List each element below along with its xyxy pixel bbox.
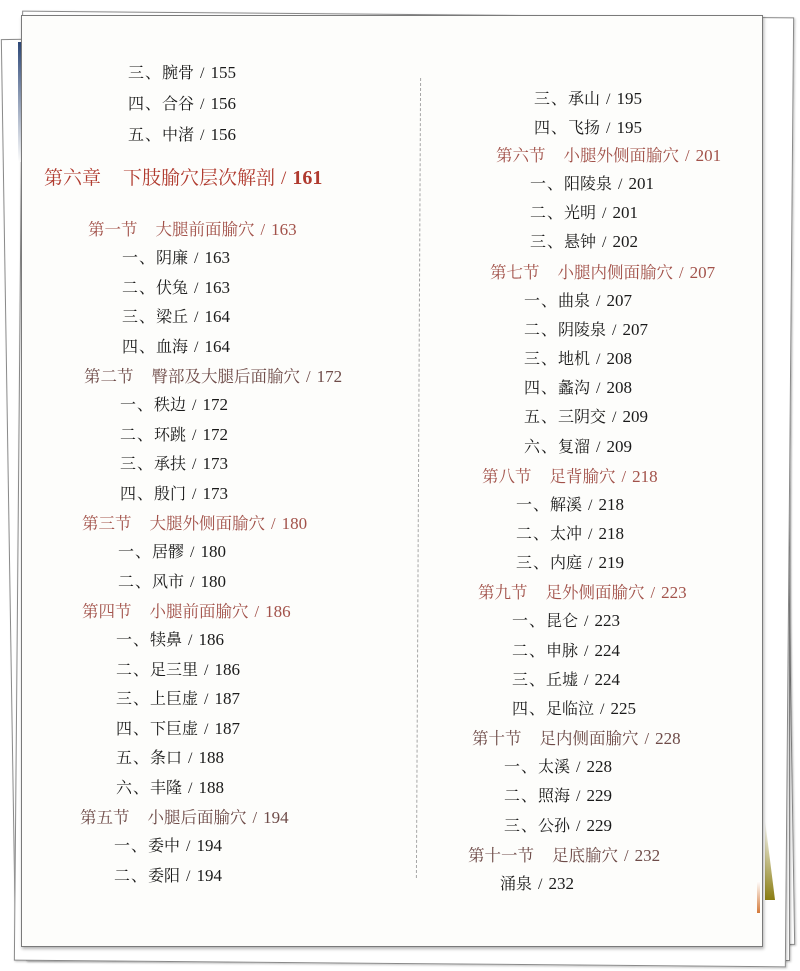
- section-heading-label: 第三节: [82, 514, 132, 533]
- entry-page-number: 186: [198, 630, 224, 649]
- entry-page-number: 202: [612, 232, 638, 251]
- toc-entry[interactable]: 二、风市/180: [118, 569, 226, 592]
- toc-entry[interactable]: 一、解溪/218: [516, 492, 624, 515]
- toc-entry[interactable]: 六、复溜/209: [524, 434, 632, 457]
- toc-entry[interactable]: 三、内庭/219: [516, 550, 624, 573]
- column-divider: [416, 78, 421, 878]
- entry-page-number: 201: [628, 174, 654, 193]
- section-heading-label: 第九节: [478, 583, 528, 602]
- entry-page-number: 180: [200, 542, 226, 561]
- entry-ordinal: 四、: [534, 118, 568, 137]
- entry-name: 委阳: [148, 866, 180, 885]
- entry-page-number: 194: [196, 836, 222, 855]
- entry-name: 飞扬: [568, 118, 600, 137]
- entry-separator: /: [624, 846, 629, 865]
- entry-separator: /: [192, 456, 196, 473]
- entry-separator: /: [584, 613, 588, 630]
- entry-page-number: 209: [622, 407, 648, 426]
- toc-entry[interactable]: 三、上巨虚/187: [116, 686, 240, 709]
- section-heading-page-number: 223: [661, 583, 687, 602]
- section-heading[interactable]: 第九节足外侧面腧穴/223: [478, 579, 687, 603]
- entry-separator: /: [192, 397, 196, 414]
- entry-name: 足三里: [150, 660, 198, 679]
- toc-entry[interactable]: 三、承扶/173: [120, 451, 228, 474]
- section-heading-label: 第五节: [80, 808, 130, 827]
- entry-ordinal: 四、: [524, 378, 558, 397]
- section-heading[interactable]: 第五节小腿后面腧穴/194: [80, 804, 289, 828]
- entry-ordinal: 四、: [122, 337, 156, 356]
- toc-entry[interactable]: 二、照海/229: [504, 783, 612, 806]
- entry-ordinal: 三、: [116, 689, 150, 708]
- section-heading[interactable]: 第七节小腿内侧面腧穴/207: [490, 259, 715, 283]
- entry-name: 秩边: [154, 395, 186, 414]
- entry-separator: /: [204, 662, 208, 679]
- entry-ordinal: 五、: [128, 125, 162, 144]
- toc-entry[interactable]: 一、犊鼻/186: [116, 627, 224, 650]
- toc-entry[interactable]: 一、太溪/228: [504, 754, 612, 777]
- orange-page-edge: [757, 881, 760, 913]
- entry-separator: /: [538, 876, 542, 893]
- entry-page-number: 229: [586, 816, 612, 835]
- chapter-heading-label: 第六章: [44, 167, 101, 189]
- chapter-heading[interactable]: 第六章下肢腧穴层次解剖/161: [44, 163, 322, 190]
- section-heading[interactable]: 第三节大腿外侧面腧穴/180: [82, 510, 307, 534]
- entry-ordinal: 二、: [524, 320, 558, 339]
- entry-separator: /: [584, 672, 588, 689]
- toc-entry[interactable]: 二、申脉/224: [512, 638, 620, 661]
- toc-entry[interactable]: 一、委中/194: [114, 833, 222, 856]
- section-heading-page-number: 163: [271, 220, 297, 239]
- entry-separator: /: [588, 497, 592, 514]
- entry-separator: /: [200, 127, 204, 144]
- entry-separator: /: [188, 780, 192, 797]
- entry-separator: /: [606, 120, 610, 137]
- toc-entry[interactable]: 一、曲泉/207: [524, 288, 632, 311]
- toc-entry[interactable]: 五、中渚/156: [128, 122, 236, 145]
- toc-page: 三、腕骨/155 四、合谷/156 五、中渚/156 第六章下肢腧穴层次解剖/1…: [21, 15, 763, 947]
- toc-entry[interactable]: 三、地机/208: [524, 346, 632, 369]
- entry-name: 涌泉: [500, 874, 532, 893]
- entry-page-number: 224: [594, 670, 620, 689]
- section-heading-title: 小腿外侧面腧穴: [564, 146, 680, 165]
- section-heading-title: 小腿内侧面腧穴: [558, 263, 674, 282]
- entry-separator: /: [204, 721, 208, 738]
- entry-name: 犊鼻: [150, 630, 182, 649]
- entry-ordinal: 四、: [512, 699, 546, 718]
- section-heading[interactable]: 第八节足背腧穴/218: [482, 463, 658, 487]
- entry-separator: /: [602, 234, 606, 251]
- entry-name: 合谷: [162, 94, 194, 113]
- entry-name: 伏兔: [156, 278, 188, 297]
- toc-entry[interactable]: 一、阴廉/163: [122, 245, 230, 268]
- toc-entry[interactable]: 一、秩边/172: [120, 392, 228, 415]
- entry-name: 上巨虚: [150, 689, 198, 708]
- entry-page-number: 195: [616, 89, 642, 108]
- section-heading-page-number: 201: [696, 146, 722, 165]
- entry-separator: /: [194, 309, 198, 326]
- entry-page-number: 194: [196, 866, 222, 885]
- toc-entry[interactable]: 一、昆仑/223: [512, 608, 620, 631]
- entry-separator: /: [200, 65, 204, 82]
- entry-name: 三阴交: [558, 407, 606, 426]
- entry-page-number: 201: [612, 203, 638, 222]
- section-heading-label: 第一节: [88, 220, 138, 239]
- entry-page-number: 209: [606, 437, 632, 456]
- toc-entry[interactable]: 三、公孙/229: [504, 813, 612, 836]
- entry-separator: /: [596, 293, 600, 310]
- entry-separator: /: [606, 91, 610, 108]
- entry-name: 承扶: [154, 454, 186, 473]
- section-heading[interactable]: 第十一节足底腧穴/232: [468, 842, 660, 866]
- entry-ordinal: 三、: [128, 63, 162, 82]
- entry-ordinal: 三、: [534, 89, 568, 108]
- section-heading-title: 足外侧面腧穴: [546, 583, 645, 602]
- entry-ordinal: 一、: [114, 836, 148, 855]
- section-heading-page-number: 172: [317, 367, 343, 386]
- entry-page-number: 173: [202, 484, 228, 503]
- toc-entry[interactable]: 三、梁丘/164: [122, 304, 230, 327]
- section-heading-title: 大腿外侧面腧穴: [150, 514, 266, 533]
- entry-separator: /: [576, 818, 580, 835]
- entry-name: 风市: [152, 572, 184, 591]
- entry-ordinal: 三、: [530, 232, 564, 251]
- entry-page-number: 229: [586, 786, 612, 805]
- section-heading-page-number: 218: [632, 467, 658, 486]
- entry-separator: /: [612, 322, 616, 339]
- section-heading-label: 第七节: [490, 263, 540, 282]
- entry-ordinal: 二、: [504, 786, 538, 805]
- entry-ordinal: 六、: [524, 437, 558, 456]
- section-heading-page-number: 232: [635, 846, 661, 865]
- toc-entry[interactable]: 四、飞扬/195: [534, 115, 642, 138]
- section-heading-page-number: 180: [282, 514, 308, 533]
- toc-entry[interactable]: 四、蠡沟/208: [524, 375, 632, 398]
- section-heading[interactable]: 第一节大腿前面腧穴/163: [88, 216, 297, 240]
- entry-ordinal: 三、: [122, 307, 156, 326]
- toc-entry[interactable]: 四、下巨虚/187: [116, 716, 240, 739]
- entry-page-number: 172: [202, 395, 228, 414]
- entry-separator: /: [192, 486, 196, 503]
- section-heading-label: 第十一节: [468, 846, 534, 865]
- entry-ordinal: 二、: [122, 278, 156, 297]
- entry-name: 殷门: [154, 484, 186, 503]
- section-heading-title: 小腿后面腧穴: [148, 808, 247, 827]
- entry-name: 曲泉: [558, 291, 590, 310]
- entry-separator: /: [576, 788, 580, 805]
- section-heading-label: 第四节: [82, 602, 132, 621]
- entry-ordinal: 二、: [120, 425, 154, 444]
- entry-separator: /: [190, 544, 194, 561]
- entry-name: 足临泣: [546, 699, 594, 718]
- entry-separator: /: [596, 380, 600, 397]
- toc-entry[interactable]: 三、悬钟/202: [530, 229, 638, 252]
- entry-ordinal: 一、: [118, 542, 152, 561]
- entry-ordinal: 一、: [530, 174, 564, 193]
- entry-name: 申脉: [546, 641, 578, 660]
- entry-name: 腕骨: [162, 63, 194, 82]
- entry-separator: /: [588, 526, 592, 543]
- entry-separator: /: [281, 168, 286, 189]
- entry-ordinal: 二、: [516, 524, 550, 543]
- entry-separator: /: [200, 96, 204, 113]
- entry-name: 内庭: [550, 553, 582, 572]
- entry-separator: /: [651, 583, 656, 602]
- entry-name: 阴陵泉: [558, 320, 606, 339]
- section-heading[interactable]: 第二节臀部及大腿后面腧穴/172: [84, 363, 342, 387]
- entry-ordinal: 一、: [120, 395, 154, 414]
- section-heading-label: 第八节: [482, 467, 532, 486]
- section-heading-title: 大腿前面腧穴: [156, 220, 255, 239]
- entry-page-number: 163: [204, 278, 230, 297]
- entry-ordinal: 三、: [512, 670, 546, 689]
- entry-separator: /: [588, 555, 592, 572]
- entry-name: 照海: [538, 786, 570, 805]
- entry-separator: /: [576, 759, 580, 776]
- entry-page-number: 195: [616, 118, 642, 137]
- entry-separator: /: [188, 750, 192, 767]
- toc-entry[interactable]: 五、三阴交/209: [524, 404, 648, 427]
- entry-page-number: 188: [198, 748, 224, 767]
- entry-separator: /: [186, 838, 190, 855]
- entry-page-number: 228: [586, 757, 612, 776]
- section-heading-label: 第二节: [84, 367, 134, 386]
- entry-separator: /: [186, 868, 190, 885]
- entry-name: 太溪: [538, 757, 570, 776]
- entry-separator: /: [306, 367, 311, 386]
- entry-name: 丰隆: [150, 778, 182, 797]
- entry-separator: /: [194, 250, 198, 267]
- section-heading-title: 足底腧穴: [552, 846, 618, 865]
- toc-entry[interactable]: 五、条口/188: [116, 745, 224, 768]
- entry-page-number: 218: [598, 495, 624, 514]
- entry-name: 太冲: [550, 524, 582, 543]
- entry-page-number: 156: [210, 125, 236, 144]
- entry-name: 阴廉: [156, 248, 188, 267]
- entry-name: 环跳: [154, 425, 186, 444]
- entry-ordinal: 一、: [524, 291, 558, 310]
- section-heading-page-number: 207: [690, 263, 716, 282]
- entry-page-number: 232: [548, 874, 574, 893]
- section-heading-page-number: 194: [263, 808, 289, 827]
- entry-page-number: 155: [210, 63, 236, 82]
- entry-name: 复溜: [558, 437, 590, 456]
- section-heading[interactable]: 第六节小腿外侧面腧穴/201: [496, 142, 721, 166]
- entry-name: 公孙: [538, 816, 570, 835]
- entry-separator: /: [596, 439, 600, 456]
- entry-ordinal: 一、: [504, 757, 538, 776]
- entry-separator: /: [255, 602, 260, 621]
- entry-separator: /: [194, 280, 198, 297]
- entry-separator: /: [618, 176, 622, 193]
- entry-name: 解溪: [550, 495, 582, 514]
- toc-entry[interactable]: 二、足三里/186: [116, 657, 240, 680]
- entry-ordinal: 一、: [122, 248, 156, 267]
- entry-ordinal: 一、: [116, 630, 150, 649]
- toc-entry[interactable]: 四、足临泣/225: [512, 696, 636, 719]
- entry-ordinal: 四、: [128, 94, 162, 113]
- entry-ordinal: 三、: [516, 553, 550, 572]
- entry-ordinal: 六、: [116, 778, 150, 797]
- entry-name: 丘墟: [546, 670, 578, 689]
- entry-separator: /: [271, 514, 276, 533]
- entry-page-number: 207: [622, 320, 648, 339]
- entry-page-number: 172: [202, 425, 228, 444]
- entry-page-number: 186: [214, 660, 240, 679]
- entry-ordinal: 三、: [524, 349, 558, 368]
- entry-name: 中渚: [162, 125, 194, 144]
- entry-page-number: 164: [204, 307, 230, 326]
- entry-name: 承山: [568, 89, 600, 108]
- entry-ordinal: 二、: [512, 641, 546, 660]
- section-heading-title: 臀部及大腿后面腧穴: [152, 367, 301, 386]
- entry-page-number: 223: [594, 611, 620, 630]
- toc-entry[interactable]: 涌泉/232: [500, 871, 574, 894]
- toc-entry[interactable]: 三、丘墟/224: [512, 667, 620, 690]
- entry-name: 下巨虚: [150, 719, 198, 738]
- entry-page-number: 173: [202, 454, 228, 473]
- entry-page-number: 207: [606, 291, 632, 310]
- entry-ordinal: 三、: [120, 454, 154, 473]
- toc-entry[interactable]: 四、合谷/156: [128, 91, 236, 114]
- entry-separator: /: [194, 339, 198, 356]
- entry-name: 委中: [148, 836, 180, 855]
- entry-separator: /: [190, 574, 194, 591]
- entry-name: 昆仑: [546, 611, 578, 630]
- entry-separator: /: [645, 729, 650, 748]
- entry-name: 光明: [564, 203, 596, 222]
- entry-separator: /: [685, 146, 690, 165]
- toc-entry[interactable]: 二、伏兔/163: [122, 275, 230, 298]
- entry-separator: /: [602, 205, 606, 222]
- section-heading[interactable]: 第四节小腿前面腧穴/186: [82, 598, 291, 622]
- entry-separator: /: [596, 351, 600, 368]
- entry-ordinal: 二、: [118, 572, 152, 591]
- section-heading-page-number: 228: [655, 729, 681, 748]
- entry-separator: /: [253, 808, 258, 827]
- entry-ordinal: 五、: [524, 407, 558, 426]
- entry-name: 居髎: [152, 542, 184, 561]
- entry-separator: /: [600, 701, 604, 718]
- entry-ordinal: 二、: [116, 660, 150, 679]
- entry-ordinal: 三、: [504, 816, 538, 835]
- entry-ordinal: 一、: [512, 611, 546, 630]
- entry-page-number: 188: [198, 778, 224, 797]
- entry-page-number: 163: [204, 248, 230, 267]
- entry-name: 阳陵泉: [564, 174, 612, 193]
- chapter-heading-page-number: 161: [292, 167, 322, 189]
- toc-entry[interactable]: 二、光明/201: [530, 200, 638, 223]
- toc-entry[interactable]: 一、阳陵泉/201: [530, 171, 654, 194]
- entry-separator: /: [192, 427, 196, 444]
- entry-ordinal: 二、: [530, 203, 564, 222]
- entry-ordinal: 四、: [116, 719, 150, 738]
- entry-page-number: 187: [214, 689, 240, 708]
- entry-name: 条口: [150, 748, 182, 767]
- toc-entry[interactable]: 一、居髎/180: [118, 539, 226, 562]
- entry-separator: /: [188, 632, 192, 649]
- section-heading-title: 足内侧面腧穴: [540, 729, 639, 748]
- entry-separator: /: [679, 263, 684, 282]
- entry-page-number: 187: [214, 719, 240, 738]
- entry-name: 地机: [558, 349, 590, 368]
- section-heading-label: 第十节: [472, 729, 522, 748]
- section-heading-page-number: 186: [265, 602, 291, 621]
- section-heading-title: 小腿前面腧穴: [150, 602, 249, 621]
- entry-page-number: 164: [204, 337, 230, 356]
- entry-ordinal: 一、: [516, 495, 550, 514]
- toc-entry[interactable]: 六、丰隆/188: [116, 775, 224, 798]
- entry-separator: /: [261, 220, 266, 239]
- toc-entry[interactable]: 二、环跳/172: [120, 422, 228, 445]
- entry-page-number: 208: [606, 349, 632, 368]
- section-heading[interactable]: 第十节足内侧面腧穴/228: [472, 725, 681, 749]
- entry-ordinal: 二、: [114, 866, 148, 885]
- entry-ordinal: 五、: [116, 748, 150, 767]
- entry-page-number: 218: [598, 524, 624, 543]
- entry-separator: /: [204, 691, 208, 708]
- entry-page-number: 219: [598, 553, 624, 572]
- toc-entry[interactable]: 二、阴陵泉/207: [524, 317, 648, 340]
- entry-name: 悬钟: [564, 232, 596, 251]
- entry-ordinal: 四、: [120, 484, 154, 503]
- chapter-heading-title: 下肢腧穴层次解剖: [123, 167, 275, 189]
- entry-page-number: 224: [594, 641, 620, 660]
- toc-entry[interactable]: 三、腕骨/155: [128, 60, 236, 83]
- toc-entry[interactable]: 四、殷门/173: [120, 481, 228, 504]
- entry-separator: /: [612, 409, 616, 426]
- toc-entry[interactable]: 二、太冲/218: [516, 521, 624, 544]
- toc-entry[interactable]: 三、承山/195: [534, 86, 642, 109]
- entry-separator: /: [622, 467, 627, 486]
- entry-page-number: 225: [610, 699, 636, 718]
- entry-name: 梁丘: [156, 307, 188, 326]
- entry-page-number: 156: [210, 94, 236, 113]
- entry-page-number: 208: [606, 378, 632, 397]
- entry-name: 血海: [156, 337, 188, 356]
- toc-entry[interactable]: 四、血海/164: [122, 334, 230, 357]
- section-heading-title: 足背腧穴: [550, 467, 616, 486]
- entry-separator: /: [584, 643, 588, 660]
- entry-page-number: 180: [200, 572, 226, 591]
- toc-entry[interactable]: 二、委阳/194: [114, 863, 222, 886]
- section-heading-label: 第六节: [496, 146, 546, 165]
- entry-name: 蠡沟: [558, 378, 590, 397]
